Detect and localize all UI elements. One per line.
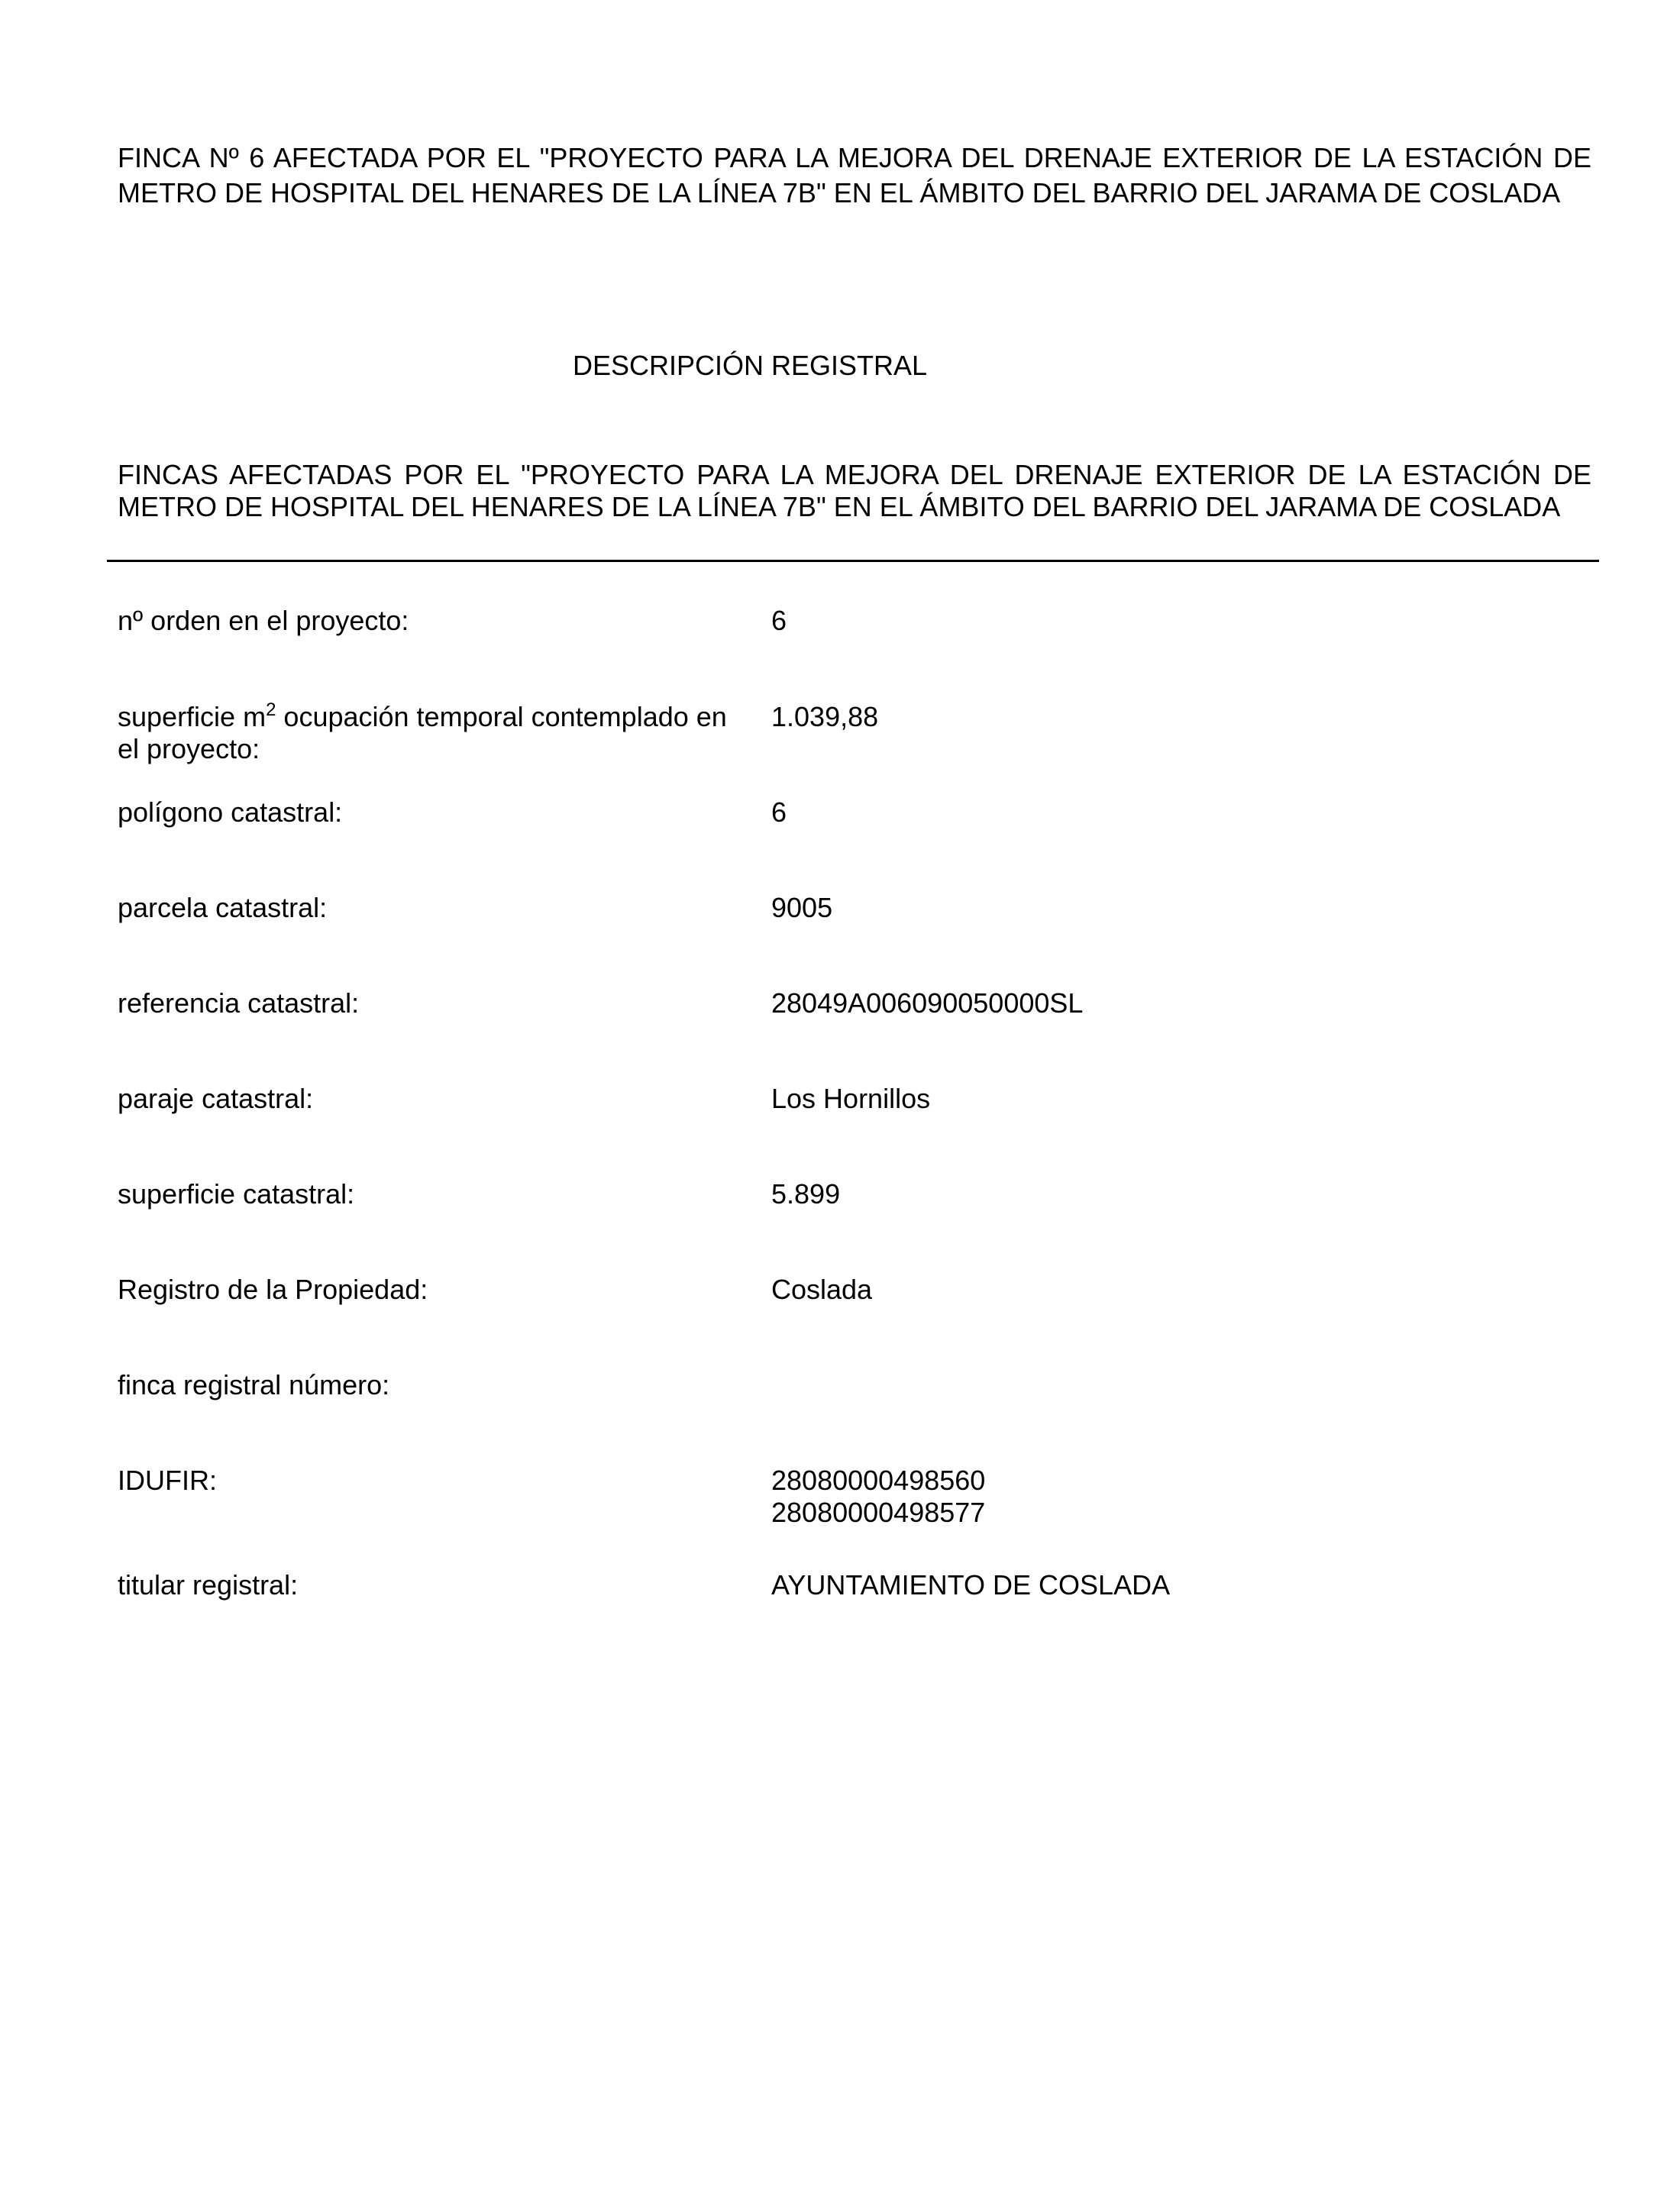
document-title: FINCA Nº 6 AFECTADA POR EL "PROYECTO PAR… — [118, 141, 1591, 211]
field-value: 6 — [771, 796, 1535, 829]
horizontal-rule — [107, 560, 1599, 562]
field-value: 9005 — [771, 892, 1535, 924]
label-text: superficie m — [118, 701, 266, 732]
field-label: paraje catastral: — [118, 1083, 729, 1115]
field-label: superficie m2 ocupación temporal contemp… — [118, 701, 744, 765]
field-label: polígono catastral: — [118, 796, 729, 829]
idufir-value: 28080000498560 — [771, 1465, 1535, 1497]
field-value: Coslada — [771, 1274, 1535, 1306]
field-value: 1.039,88 — [771, 701, 1535, 733]
field-label: superficie catastral: — [118, 1178, 729, 1210]
field-value: Los Hornillos — [771, 1083, 1535, 1115]
field-value: 5.899 — [771, 1178, 1535, 1210]
field-value: 28080000498560 28080000498577 — [771, 1465, 1535, 1529]
field-label: referencia catastral: — [118, 987, 729, 1019]
field-value: AYUNTAMIENTO DE COSLADA — [771, 1569, 1535, 1601]
section-heading: DESCRIPCIÓN REGISTRAL — [0, 348, 1500, 383]
idufir-value: 28080000498577 — [771, 1497, 1535, 1529]
superscript: 2 — [266, 699, 276, 720]
field-label: finca registral número: — [118, 1369, 729, 1401]
field-label: Registro de la Propiedad: — [118, 1274, 729, 1306]
field-label: IDUFIR: — [118, 1465, 729, 1497]
field-value: 6 — [771, 605, 1535, 637]
field-label: titular registral: — [118, 1569, 729, 1601]
field-value: 28049A006090050000SL — [771, 987, 1535, 1019]
field-label: parcela catastral: — [118, 892, 729, 924]
field-label: nº orden en el proyecto: — [118, 605, 729, 637]
document-subtitle: FINCAS AFECTADAS POR EL "PROYECTO PARA L… — [118, 459, 1591, 523]
